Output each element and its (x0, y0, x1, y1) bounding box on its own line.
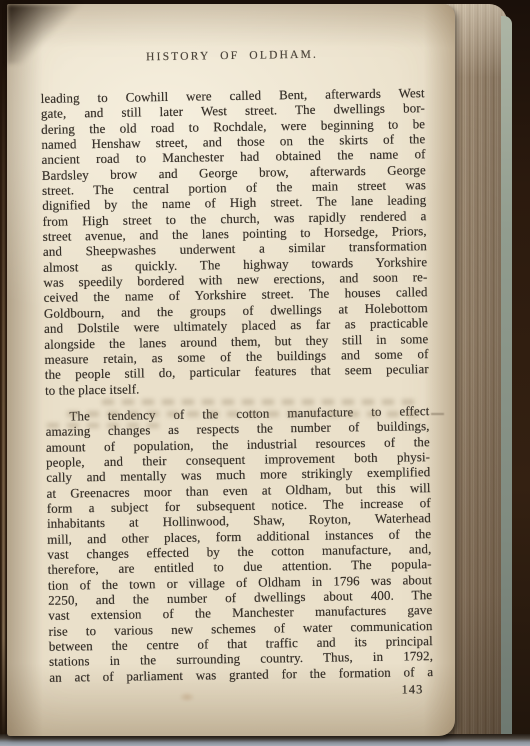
running-head: HISTORY OF OLDHAM. (40, 47, 424, 65)
book-page: HISTORY OF OLDHAM. leading to Cowhill we… (7, 4, 455, 736)
gutter-shadow (7, 4, 87, 64)
paragraph-2: The tendency of the cotton manufacture t… (45, 403, 433, 685)
page-number: 143 (401, 682, 445, 698)
book-cover-lining (501, 16, 512, 742)
ink-smudge (431, 413, 444, 415)
paragraph-1: leading to Cowhill were called Bent, aft… (41, 85, 430, 398)
foxing-spot (179, 692, 195, 702)
page-content: HISTORY OF OLDHAM. leading to Cowhill we… (40, 47, 434, 703)
spine-highlight (2, 60, 5, 740)
